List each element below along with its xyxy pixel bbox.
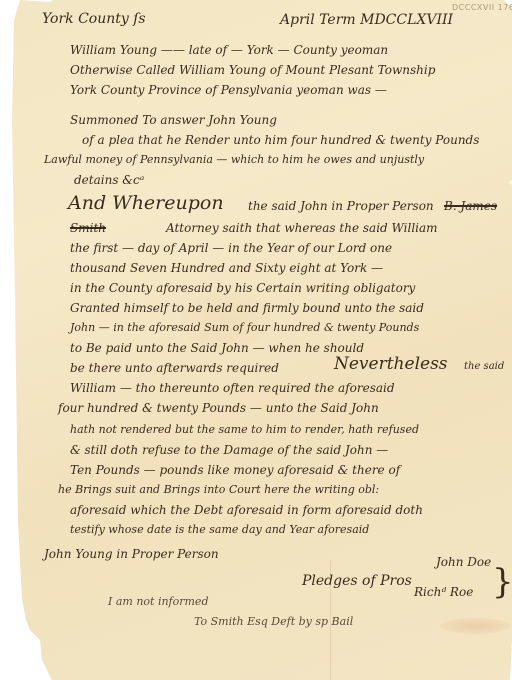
body-line-2: Otherwise Called William Young of Mount … — [70, 64, 435, 76]
body-line-4: Summoned To answer John Young — [70, 114, 277, 126]
body-line-12: in the County aforesaid by his Certain w… — [70, 282, 415, 294]
body-line-22: Ten Pounds — pounds like money aforesaid… — [70, 464, 400, 476]
struck-name-2: Smith — [70, 222, 106, 234]
plaintiff-signature-line: John Young in Proper Person — [44, 548, 219, 560]
and-whereupon-heading: And Whereupon — [68, 194, 224, 213]
parchment-document — [12, 0, 512, 680]
archive-mark: DCCCXVII 1768 — [452, 3, 512, 12]
body-line-17: the said — [464, 362, 504, 372]
pledge-name-2: Richᵈ Roe — [414, 586, 473, 598]
body-line-16: be there unto afterwards required — [70, 362, 279, 374]
body-line-24: aforesaid which the Debt aforesaid in fo… — [70, 504, 423, 516]
body-line-15: to Be paid unto the Said John — when he … — [70, 342, 364, 354]
body-line-5: of a plea that he Render unto him four h… — [82, 134, 479, 146]
paper-stain — [440, 618, 510, 634]
body-line-19: four hundred & twenty Pounds — unto the … — [58, 402, 379, 414]
body-line-23: he Brings suit and Brings into Court her… — [58, 484, 379, 495]
body-line-11: thousand Seven Hundred and Sixty eight a… — [70, 262, 383, 274]
footnote-2: To Smith Esq Deft by sp Bail — [194, 616, 353, 627]
pledge-name-1: John Doe — [436, 556, 491, 568]
nevertheless-heading: Nevertheless — [334, 356, 448, 373]
term-heading: April Term MDCCLXVIII — [280, 13, 453, 27]
body-line-21: & still doth refuse to the Damage of the… — [70, 444, 388, 456]
body-line-14: John — in the aforesaid Sum of four hund… — [70, 322, 419, 333]
body-line-25: testify whose date is the same day and Y… — [70, 524, 369, 535]
body-line-6: Lawful money of Pennsylvania — which to … — [44, 154, 424, 165]
body-line-20: hath not rendered but the same to him to… — [70, 424, 419, 435]
bracket-mark: } — [492, 562, 512, 602]
body-line-8: the said John in Proper Person — [248, 200, 434, 212]
county-heading: York County ſs — [42, 12, 146, 26]
struck-name-1: B. James — [444, 200, 497, 212]
body-line-13: Granted himself to be held and firmly bo… — [70, 302, 424, 314]
body-line-7: detains &cᵃ — [74, 174, 144, 186]
body-line-9: Attorney saith that whereas the said Wil… — [166, 222, 438, 234]
body-line-18: William — tho thereunto often required t… — [70, 382, 395, 394]
body-line-1: William Young —— late of — York — County… — [70, 44, 388, 56]
pledges-label: Pledges of Pros — [302, 574, 412, 588]
body-line-10: the first — day of April — in the Year o… — [70, 242, 392, 254]
body-line-3: York County Province of Pensylvania yeom… — [70, 84, 387, 96]
footnote-1: I am not informed — [108, 596, 209, 607]
